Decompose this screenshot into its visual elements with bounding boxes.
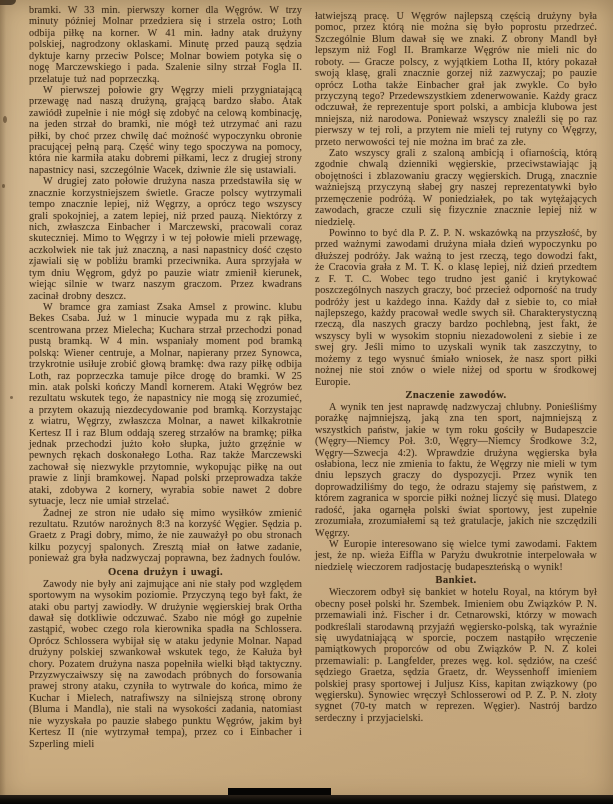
right-column: łatwiejszą pracę. U Węgrów najlepszą czę… xyxy=(315,5,597,750)
right-paragraph-result-significance: A wynik ten jest naprawdę nadzwyczaj chl… xyxy=(315,402,597,539)
left-paragraph-first-half: W pierwszej połowie gry Węgrzy mieli prz… xyxy=(29,85,302,176)
section-heading-ocena-druzyn: Ocena drużyn i uwagi. xyxy=(29,567,302,578)
left-paragraph-team-assessment: Zawody nie były ani zajmujące ani nie st… xyxy=(29,579,302,750)
section-heading-znaczenie-zawodow: Znaczenie zawodów. xyxy=(315,390,597,401)
article-columns: bramki. W 33 min. pierwszy korner dla Wę… xyxy=(0,0,613,750)
left-paragraph-match-minutes: bramki. W 33 min. pierwszy korner dla Wę… xyxy=(29,5,302,85)
scan-bottom-edge xyxy=(0,795,613,804)
right-paragraph-banquet: Wieczorem odbył się bankiet w hotelu Roy… xyxy=(315,587,597,724)
right-paragraph-pzpn-advice: Powinno to być dla P. Z. P. N. wskazówką… xyxy=(315,228,597,388)
right-paragraph-players-assessment: łatwiejszą pracę. U Węgrów najlepszą czę… xyxy=(315,11,597,148)
paper-speck xyxy=(3,116,7,123)
section-heading-bankiet: Bankiet. xyxy=(315,575,597,586)
right-paragraph-europe-interest: W Europie interesowano się wielce tymi z… xyxy=(315,539,597,573)
left-paragraph-goalkeeper-play: W bramce gra zamiast Zsaka Amsel z prowi… xyxy=(29,302,302,508)
left-paragraph-second-half: W drugiej zato połowie drużyna nasza prz… xyxy=(29,176,302,302)
left-paragraph-result-referee: Żadnej ze stron nie udało się mimo wysił… xyxy=(29,508,302,565)
newspaper-page-scan: bramki. W 33 min. pierwszy korner dla Wę… xyxy=(0,0,613,804)
right-paragraph-ambition-fatigue: Zato wszyscy grali z szaloną ambicją i o… xyxy=(315,148,597,228)
left-column: bramki. W 33 min. pierwszy korner dla Wę… xyxy=(29,5,302,750)
paper-speck xyxy=(10,396,13,399)
paper-speck xyxy=(2,184,5,188)
